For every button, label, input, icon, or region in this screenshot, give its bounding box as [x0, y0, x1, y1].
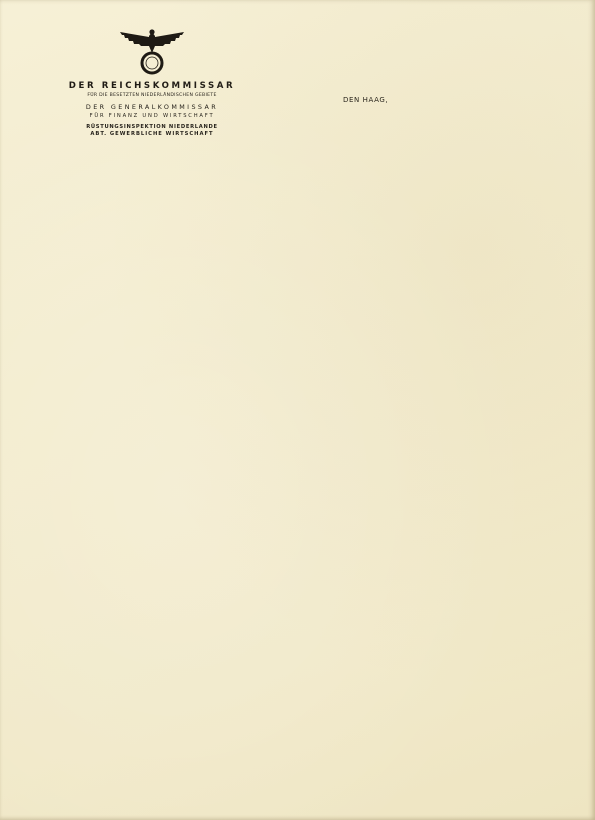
inspection-division: ABT. GEWERBLICHE WIRTSCHAFT	[52, 132, 252, 137]
letter-page: DER REICHSKOMMISSAR FÜR DIE BESETZTEN NI…	[0, 0, 595, 820]
letterhead: DER REICHSKOMMISSAR FÜR DIE BESETZTEN NI…	[52, 26, 252, 137]
office-subtitle: FÜR DIE BESETZTEN NIEDERLÄNDISCHEN GEBIE…	[52, 94, 252, 99]
heraldic-eagle-emblem-icon	[116, 26, 188, 76]
inspection-title: RÜSTUNGSINSPEKTION NIEDERLANDE	[52, 125, 252, 130]
department-subtitle: FÜR FINANZ UND WIRTSCHAFT	[52, 114, 252, 119]
place-date-line: DEN HAAG,	[343, 96, 388, 104]
office-title: DER REICHSKOMMISSAR	[52, 82, 252, 91]
department-title: DER GENERALKOMMISSAR	[52, 104, 252, 110]
